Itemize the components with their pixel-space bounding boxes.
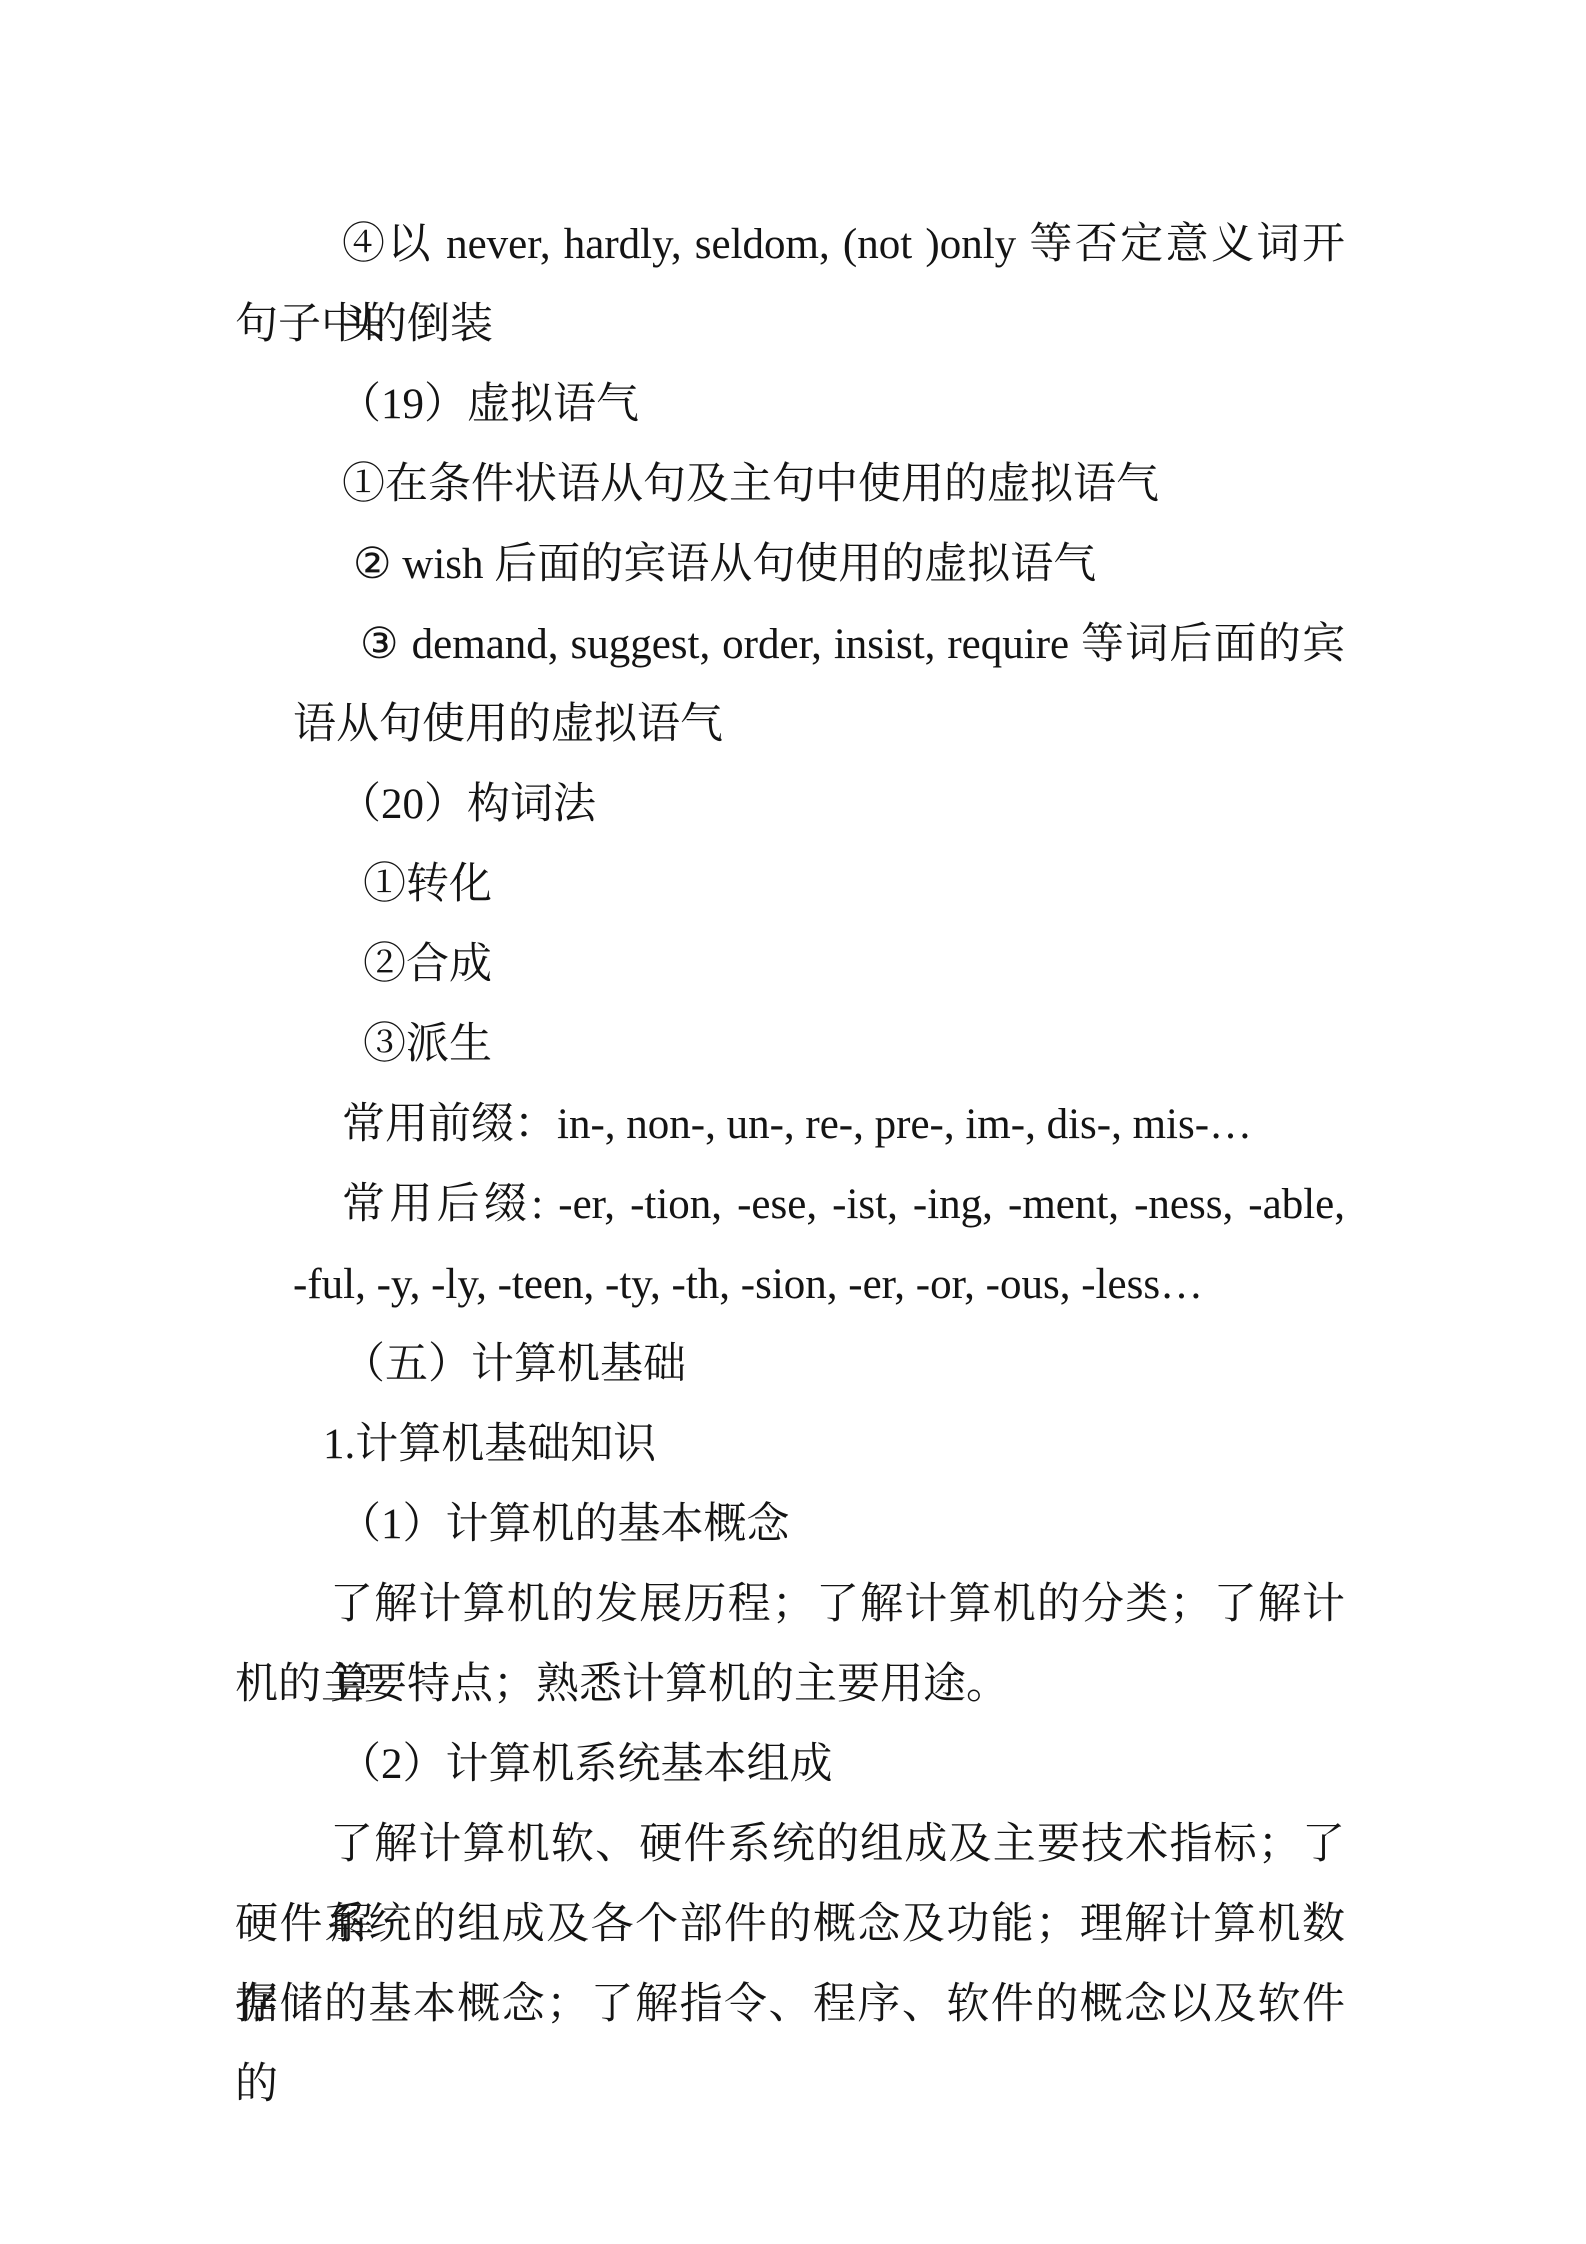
text-line: 常用后缀: -er, -tion, -ese, -ist, -ing, -men…	[0, 1165, 1586, 1245]
text-line: 常用前缀：in-, non-, un-, re-, pre-, im-, dis…	[0, 1085, 1586, 1165]
text-line: 了解计算机的发展历程；了解计算机的分类；了解计算	[0, 1565, 1586, 1645]
text-line: 语从句使用的虚拟语气	[0, 685, 1586, 765]
text-line: 硬件系统的组成及各个部件的概念及功能；理解计算机数据	[0, 1885, 1586, 1965]
text-line: （2）计算机系统基本组成	[0, 1725, 1586, 1805]
text-line: 了解计算机软、硬件系统的组成及主要技术指标；了解	[0, 1805, 1586, 1885]
text-line: ③派生	[0, 1005, 1586, 1085]
text-line: 机的主要特点；熟悉计算机的主要用途。	[0, 1645, 1586, 1725]
text-line: （1）计算机的基本概念	[0, 1485, 1586, 1565]
text-line: 句子中的倒装	[0, 285, 1586, 365]
text-block: ④以 never, hardly, seldom, (not )only 等否定…	[0, 205, 1586, 2045]
subsection-heading: 1.计算机基础知识	[0, 1405, 1586, 1485]
text-line: ④以 never, hardly, seldom, (not )only 等否定…	[0, 205, 1586, 285]
text-line: ② wish 后面的宾语从句使用的虚拟语气	[0, 525, 1586, 605]
text-line: （20）构词法	[0, 765, 1586, 845]
text-line: 存储的基本概念；了解指令、程序、软件的概念以及软件的	[0, 1965, 1586, 2045]
text-line: ②合成	[0, 925, 1586, 1005]
text-line: ③ demand, suggest, order, insist, requir…	[0, 605, 1586, 685]
text-line: ①转化	[0, 845, 1586, 925]
text-line: ①在条件状语从句及主句中使用的虚拟语气	[0, 445, 1586, 525]
text-line: （19）虚拟语气	[0, 365, 1586, 445]
section-heading: （五）计算机基础	[0, 1325, 1586, 1405]
text-line: -ful, -y, -ly, -teen, -ty, -th, -sion, -…	[0, 1245, 1586, 1325]
document-page: ④以 never, hardly, seldom, (not )only 等否定…	[0, 0, 1586, 2244]
